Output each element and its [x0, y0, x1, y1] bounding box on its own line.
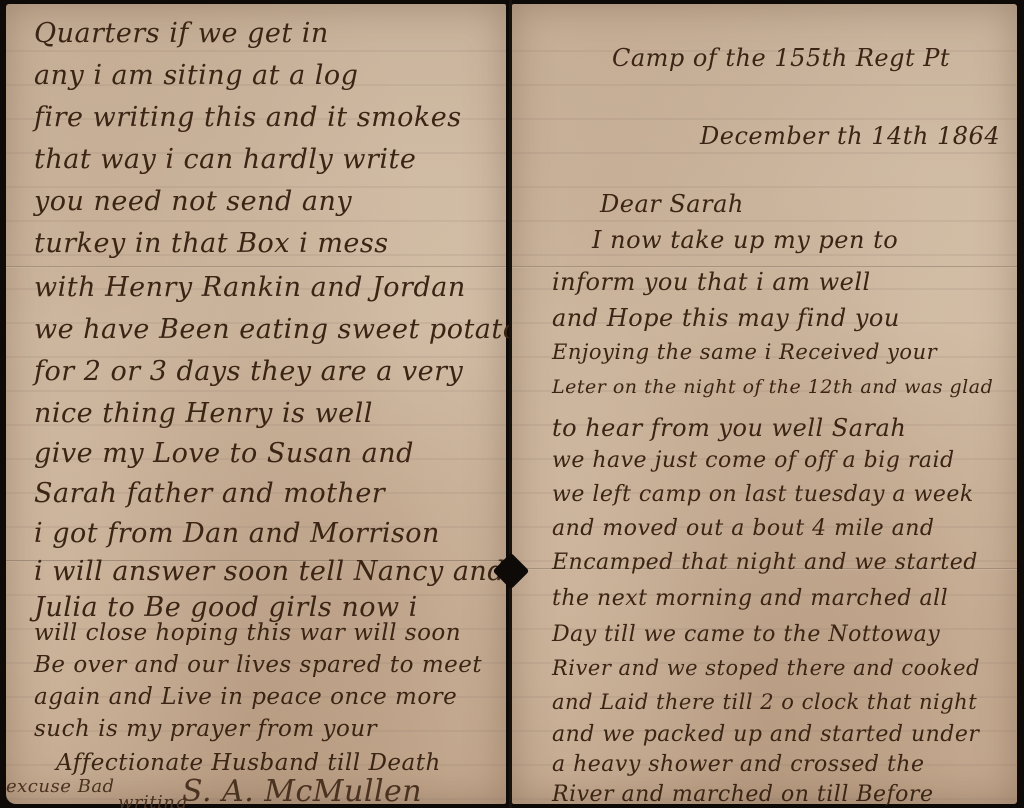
postscript: excuse Bad [6, 776, 115, 797]
letter-line: Day till we came to the Nottoway [552, 622, 940, 647]
letter-line: Quarters if we get in [34, 18, 329, 49]
letter-line: turkey in that Box i mess [34, 228, 389, 259]
letter-line: Leter on the night of the 12th and was g… [552, 376, 993, 398]
letter-line: give my Love to Susan and [34, 438, 414, 469]
letter-line: nice thing Henry is well [34, 398, 373, 429]
signature: S. A. McMullen [182, 774, 422, 808]
letter-line: Enjoying the same i Received your [552, 340, 937, 364]
letter-line: a heavy shower and crossed the [552, 752, 924, 777]
postscript: writing [118, 792, 187, 808]
letter-line: such is my prayer from your [34, 716, 377, 742]
letter-line: you need not send any [34, 186, 352, 217]
center-fold [509, 0, 512, 808]
letter-line: and Laid there till 2 o clock that night [552, 690, 977, 714]
letter-line: to hear from you well Sarah [552, 414, 906, 442]
letter-line: River and marched on till Before [552, 782, 933, 807]
letter-line: Sarah father and mother [34, 478, 385, 509]
letter-line: again and Live in peace once more [34, 684, 457, 710]
letter-line: Be over and our lives spared to meet [34, 652, 482, 678]
letter-closing: Affectionate Husband till Death [56, 750, 441, 776]
letter-line: River and we stoped there and cooked [552, 656, 980, 680]
fold-crease [6, 266, 506, 268]
letter-line: we have just come of off a big raid [552, 448, 955, 473]
letter-line: any i am siting at a log [34, 60, 358, 91]
letter-line: with Henry Rankin and Jordan [34, 272, 466, 303]
letter-line: Julia to Be good girls now i [34, 592, 418, 623]
letter-line: I now take up my pen to [592, 226, 898, 254]
letter-line: we have Been eating sweet potatoes [34, 314, 550, 345]
letter-line: Encamped that night and we started [552, 550, 978, 575]
letter-line: and we packed up and started under [552, 722, 979, 747]
letter-line: inform you that i am well [552, 268, 871, 296]
letter-page-left: Quarters if we get in any i am siting at… [6, 4, 506, 804]
letter-line: that way i can hardly write [34, 144, 416, 175]
letter-line: i got from Dan and Morrison [34, 518, 440, 549]
letter-line: we left camp on last tuesday a week [552, 482, 974, 507]
letter-line: for 2 or 3 days they are a very [34, 356, 463, 387]
letter-page-right: Camp of the 155th Regt Pt December th 14… [512, 4, 1017, 804]
letter-location: Camp of the 155th Regt Pt [612, 44, 950, 72]
letter-date: December th 14th 1864 [700, 122, 1000, 150]
letter-line: the next morning and marched all [552, 586, 948, 611]
letter-line: fire writing this and it smokes [34, 102, 462, 133]
salutation: Dear Sarah [600, 190, 744, 218]
letter-line: will close hoping this war will soon [34, 620, 461, 646]
letter-line: i will answer soon tell Nancy and [34, 556, 505, 587]
letter-line: and moved out a bout 4 mile and [552, 516, 935, 541]
letter-line: and Hope this may find you [552, 304, 900, 332]
